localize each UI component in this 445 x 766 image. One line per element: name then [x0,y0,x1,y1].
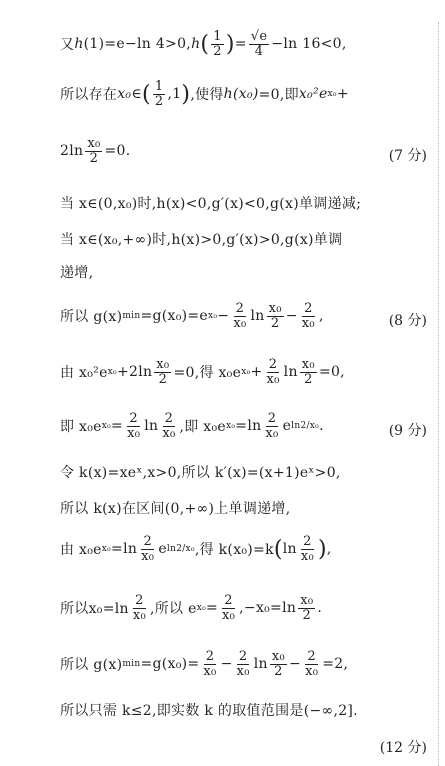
fraction: 2x₀ [231,302,248,330]
solution-line-2: 所以存在 x₀ ∈ ( 12 ,1 ) ,使得 h(x₀) =0,即 x₀²ex… [60,80,425,108]
solution-line-1: 又 h (1)=e−ln 4>0, h ( 12 ) = √e4 −ln 16<… [60,30,425,58]
fraction: 12 [211,30,224,58]
fraction: x₀2 [267,302,284,330]
fraction: 2x₀ [263,412,280,440]
fraction: x₀2 [270,650,287,678]
solution-line-9: 即 x₀ex₀ = 2x₀ ln 2x₀ ,即 x₀ex₀ =ln 2x₀ el… [60,412,425,440]
score-label: (7 分) [389,145,427,165]
fraction: 2x₀ [220,594,237,622]
solution-page: 又 h (1)=e−ln 4>0, h ( 12 ) = √e4 −ln 16<… [0,0,445,766]
solution-line-3: 2ln x₀2 =0. [60,137,425,165]
fraction: 12 [153,80,166,108]
solution-line-15: 所以只需 k≤2,即实数 k 的取值范围是(−∞,2]. [60,700,425,720]
solution-line-10: 令 k(x)=xeˣ,x>0,所以 k′(x)=(x+1)eˣ>0, [60,462,425,482]
fraction: x₀2 [85,137,102,165]
fraction: 2x₀ [299,535,316,563]
solution-line-4: 当 x∈(0,x₀)时,h(x)<0,g′(x)<0,g(x)单调递减; [60,193,425,213]
solution-line-5: 当 x∈(x₀,+∞)时,h(x)>0,g′(x)>0,g(x)单调 [60,229,425,249]
solution-line-11: 所以 k(x)在区间(0,+∞)上单调递增, [60,498,425,518]
fraction: x₀2 [298,594,315,622]
fraction: 2x₀ [139,535,156,563]
fraction: 2x₀ [131,594,148,622]
fraction: x₀2 [154,358,171,386]
solution-line-8: 由 x₀²ex₀ +2ln x₀2 =0,得 x₀ex₀ + 2x₀ ln x₀… [60,358,425,386]
fraction: 2x₀ [265,358,282,386]
score-label: (8 分) [389,310,427,330]
solution-line-6: 递增, [60,262,425,282]
fraction: 2x₀ [160,412,177,440]
score-label: (9 分) [389,420,427,440]
fraction: x₀2 [300,358,317,386]
fraction: 2x₀ [125,412,142,440]
fraction: 2x₀ [235,650,252,678]
fraction: 2x₀ [300,302,317,330]
solution-line-12: 由 x₀ex₀ =ln 2x₀ eln2/x₀ ,得 k(x₀)=k ( ln … [60,535,425,563]
score-label: (12 分) [380,737,427,757]
fraction: √e4 [249,30,270,58]
solution-line-13: 所以x₀=ln 2x₀ ,所以 ex₀ = 2x₀ ,−x₀=ln x₀2 . [60,594,425,622]
page-border-dotted [438,22,439,766]
solution-line-14: 所以 g(x)min =g(x₀)= 2x₀ − 2x₀ ln x₀2 − 2x… [60,650,425,678]
solution-line-7: 所以 g(x)min =g(x₀)=ex₀ − 2x₀ ln x₀2 − 2x₀… [60,302,425,330]
fraction: 2x₀ [201,650,218,678]
fraction: 2x₀ [303,650,320,678]
